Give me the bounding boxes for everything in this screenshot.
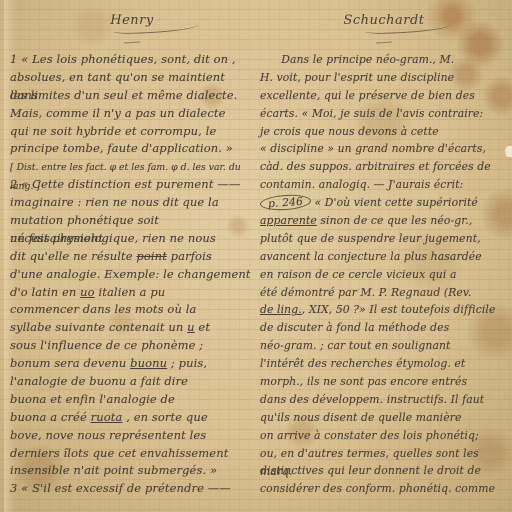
manuscript-line: bonum sera devenu buonu ; puis, [10,355,254,373]
manuscript-line: buona a créé ruota , en sorte que [10,409,254,427]
manuscript-line: je crois que nous devons à cette [260,123,508,141]
manuscript-line: càd. des suppos. arbitraires et forcées … [260,158,508,176]
manuscript-line: néo-gram. ; car tout en soulignant [260,337,508,355]
right-column: Schuchardt Dans le principe néo-gram., M… [260,0,508,498]
manuscript-line: apparente sinon de ce que les néo-gr., [260,212,508,230]
manuscript-line: 3 « S'il est excessif de prétendre —— [10,480,254,498]
manuscript-line: insensible n'ait point submergés. » [10,462,254,480]
manuscript-line: considérer des conform. phonétiq. comme [260,480,508,498]
manuscript-line: syllabe suivante contenait un u et [10,319,254,337]
manuscript-line: dit qu'elle ne résulte point parfois [10,248,254,266]
manuscript-line: de ling., XIX, 50 ?» Il est toutefois di… [260,301,508,319]
manuscript-line: 1 « Les lois phonétiques, sont, dit on , [10,51,254,69]
manuscript-line: contamin. analogiq. — J'aurais écrit: [260,176,508,194]
manuscript-line: morph., ils ne sont pas encore entrés [260,373,508,391]
left-header-wrap: Henry [10,13,254,43]
manuscript-line: [ Dist. entre les fact. φ et les fam. φ … [10,158,254,176]
header-dash [376,41,392,43]
manuscript-line: imaginaire : rien ne nous dit que la [10,194,254,212]
manuscript-line: qui ne soit hybride et corrompu, le [10,123,254,141]
manuscript-line: bove, nove nous représentent les [10,427,254,445]
left-column-text: 1 « Les lois phonétiques, sont, dit on ,… [10,51,254,498]
manuscript-line: écarts. « Moi, je suis de l'avis contrai… [260,105,508,123]
manuscript-line: derniers îlots que cet envahissement [10,445,254,463]
manuscript-line: avancent la conjecture la plus hasardée [260,248,508,266]
manuscript-line: distinctives qui leur donnent le droit d… [260,462,508,480]
manuscript-line: H. voit, pour l'esprit une discipline [260,69,508,87]
manuscript-line: un fait physiologique, rien ne nous [10,230,254,248]
manuscript-line: ou, en d'autres termes, quelles sont les… [260,445,508,463]
manuscript-line: absolues, en tant qu'on se maintient dan… [10,69,254,87]
header-underline-flourish [113,24,199,35]
manuscript-line: 2 « Cette distinction est purement —— [10,176,254,194]
manuscript-line: mutation phonétique soit nécessairement [10,212,254,230]
manuscript-line: p. 246 « D'où vient cette supériorité [260,194,508,212]
header-underline-flourish [365,24,451,35]
manuscript-line: l'intérêt des recherches étymolog. et [260,355,508,373]
manuscript-line: commencer dans les mots où la [10,301,254,319]
manuscript-line: qu'ils nous disent de quelle manière [260,409,508,427]
header-dash [124,41,140,43]
manuscript-line: en raison de ce cercle vicieux qui a [260,266,508,284]
right-header-wrap: Schuchardt [260,13,508,43]
manuscript-line: de discuter à fond la méthode des [260,319,508,337]
manuscript-line: plutôt que de suspendre leur jugement, [260,230,508,248]
left-column: Henry 1 « Les lois phonétiques, sont, di… [10,0,254,498]
manuscript-line: les limites d'un seul et même dialecte. [10,87,254,105]
manuscript-line: d'une analogie. Exemple: le changement [10,266,254,284]
manuscript-line: buona et enfin l'analogie de [10,391,254,409]
manuscript-line: l'analogie de buonu a fait dire [10,373,254,391]
manuscript-line: on arrive à constater des lois phonétiq; [260,427,508,445]
manuscript-line: excellente, qui le préserve de bien des [260,87,508,105]
manuscript-line: Dans le principe néo-gram., M. [260,51,508,69]
right-column-text: Dans le principe néo-gram., M.H. voit, p… [260,51,508,498]
manuscript-line: dans des développem. instructifs. Il fau… [260,391,508,409]
manuscript-line: « discipline » un grand nombre d'écarts, [260,140,508,158]
manuscript-line: sous l'influence de ce phonème ; [10,337,254,355]
manuscript-line: été démontré par M. P. Regnaud (Rev. [260,284,508,302]
manuscript-line: Mais, comme il n'y a pas un dialecte [10,105,254,123]
manuscript-line: d'o latin en uo italien a pu [10,284,254,302]
manuscript-page: { "colors": { "paper": "#d8c192", "paper… [0,0,512,512]
manuscript-line: principe tombe, faute d'application. » [10,140,254,158]
